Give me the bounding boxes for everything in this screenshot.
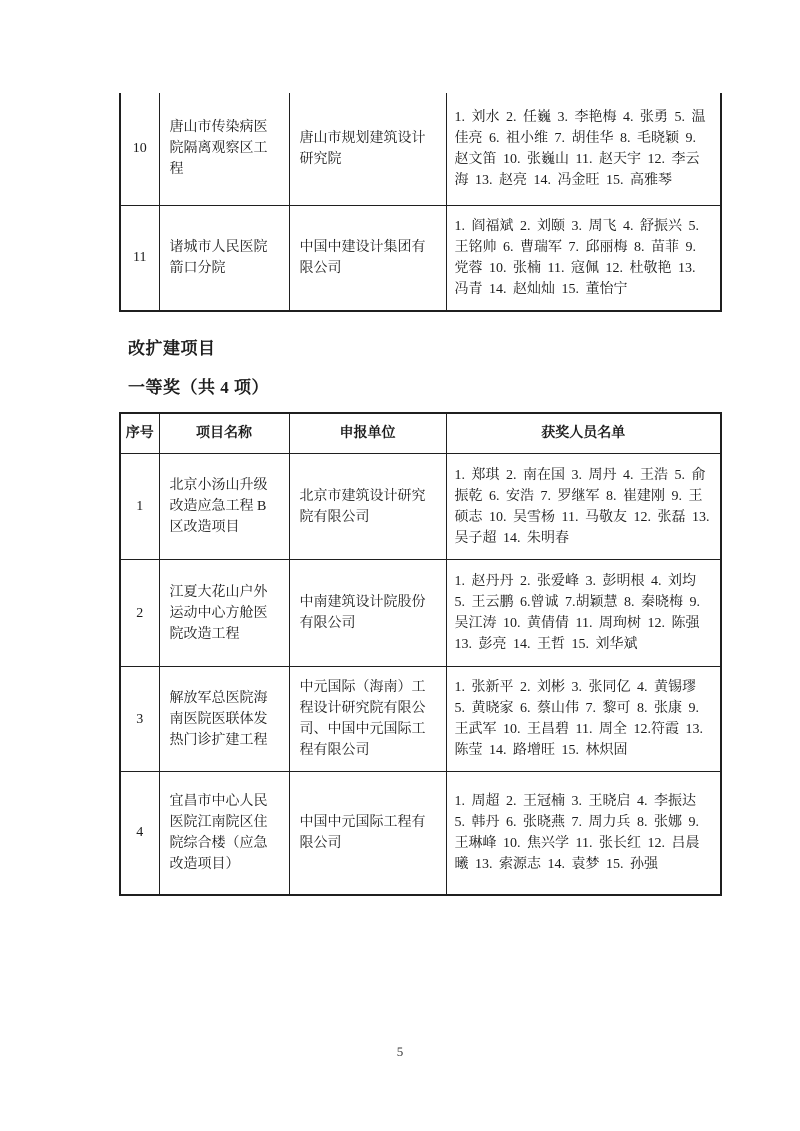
applicant-unit-cell: 中元国际（海南）工程设计研究院有限公司、中国中元国际工程有限公司 [289, 667, 446, 772]
project-name-cell: 诸城市人民医院箭口分院 [159, 205, 289, 311]
table-row: 1 北京小汤山升级改造应急工程 B 区改造项目 北京市建筑设计研究院有限公司 1… [120, 454, 721, 560]
table-row: 3 解放军总医院海南医院医联体发热门诊扩建工程 中元国际（海南）工程设计研究院有… [120, 667, 721, 772]
header-winners-list: 获奖人员名单 [446, 413, 721, 454]
serial-cell: 2 [120, 560, 159, 667]
first-prize-table: 序号 项目名称 申报单位 获奖人员名单 1 北京小汤山升级改造应急工程 B 区改… [119, 412, 722, 896]
header-applicant-unit: 申报单位 [289, 413, 446, 454]
header-serial: 序号 [120, 413, 159, 454]
table-row: 4 宜昌市中心人民医院江南院区住院综合楼（应急改造项目） 中国中元国际工程有限公… [120, 772, 721, 895]
table-row: 11 诸城市人民医院箭口分院 中国中建设计集团有限公司 1. 阎福斌 2. 刘颐… [120, 205, 721, 311]
serial-cell: 3 [120, 667, 159, 772]
section-heading: 改扩建项目 [128, 334, 216, 359]
serial-cell: 4 [120, 772, 159, 895]
table-row: 10 唐山市传染病医院隔离观察区工程 唐山市规划建筑设计研究院 1. 刘水 2.… [120, 93, 721, 205]
applicant-unit-cell: 中国中元国际工程有限公司 [289, 772, 446, 895]
award-tier-heading: 一等奖（共 4 项） [128, 373, 269, 398]
header-project-name: 项目名称 [159, 413, 289, 454]
winners-list-cell: 1. 刘水 2. 任巍 3. 李艳梅 4. 张勇 5. 温佳亮 6. 祖小维 7… [446, 93, 721, 205]
project-name-cell: 宜昌市中心人民医院江南院区住院综合楼（应急改造项目） [159, 772, 289, 895]
table-row: 2 江夏大花山户外运动中心方舱医院改造工程 中南建筑设计院股份有限公司 1. 赵… [120, 560, 721, 667]
applicant-unit-cell: 中国中建设计集团有限公司 [289, 205, 446, 311]
serial-cell: 11 [120, 205, 159, 311]
page-number: 5 [0, 1044, 800, 1060]
project-name-cell: 江夏大花山户外运动中心方舱医院改造工程 [159, 560, 289, 667]
serial-cell: 1 [120, 454, 159, 560]
awards-table-continued: 10 唐山市传染病医院隔离观察区工程 唐山市规划建筑设计研究院 1. 刘水 2.… [119, 93, 722, 312]
project-name-cell: 北京小汤山升级改造应急工程 B 区改造项目 [159, 454, 289, 560]
applicant-unit-cell: 北京市建筑设计研究院有限公司 [289, 454, 446, 560]
winners-list-cell: 1. 周超 2. 王冠楠 3. 王晓启 4. 李振达 5. 韩丹 6. 张晓燕 … [446, 772, 721, 895]
serial-cell: 10 [120, 93, 159, 205]
winners-list-cell: 1. 赵丹丹 2. 张爱峰 3. 彭明根 4. 刘均 5. 王云鹏 6.曾诚 7… [446, 560, 721, 667]
winners-list-cell: 1. 阎福斌 2. 刘颐 3. 周飞 4. 舒振兴 5. 王铭帅 6. 曹瑞军 … [446, 205, 721, 311]
winners-list-cell: 1. 张新平 2. 刘彬 3. 张同亿 4. 黄锡璆 5. 黄晓家 6. 蔡山伟… [446, 667, 721, 772]
project-name-cell: 解放军总医院海南医院医联体发热门诊扩建工程 [159, 667, 289, 772]
project-name-cell: 唐山市传染病医院隔离观察区工程 [159, 93, 289, 205]
table-header-row: 序号 项目名称 申报单位 获奖人员名单 [120, 413, 721, 454]
document-page: 10 唐山市传染病医院隔离观察区工程 唐山市规划建筑设计研究院 1. 刘水 2.… [0, 0, 800, 1131]
applicant-unit-cell: 唐山市规划建筑设计研究院 [289, 93, 446, 205]
applicant-unit-cell: 中南建筑设计院股份有限公司 [289, 560, 446, 667]
winners-list-cell: 1. 郑琪 2. 南在国 3. 周丹 4. 王浩 5. 俞振乾 6. 安浩 7.… [446, 454, 721, 560]
